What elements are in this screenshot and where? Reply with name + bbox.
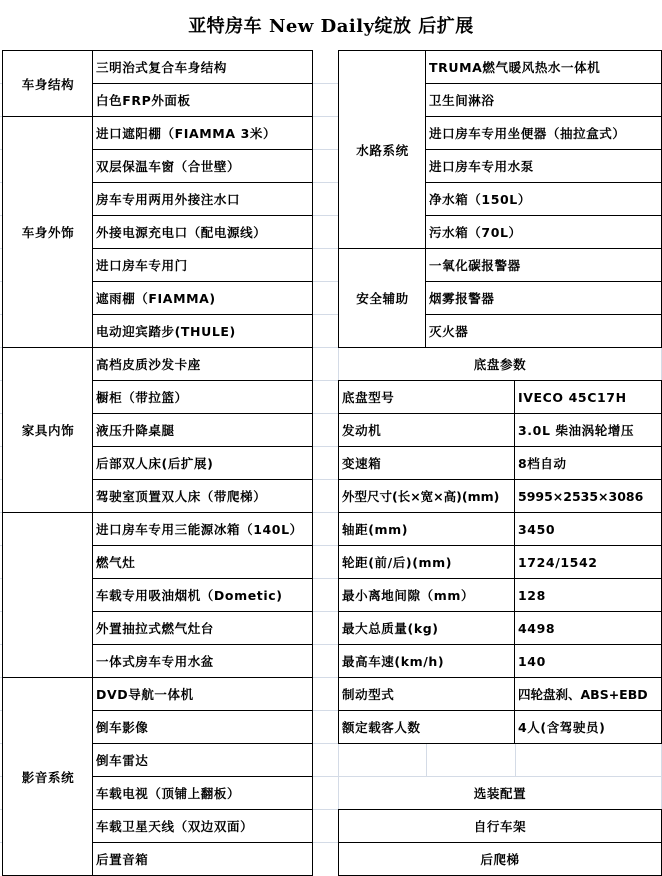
chassis-label-cell: 轴距(mm) [338, 512, 516, 546]
chassis-label-cell: 发动机 [338, 413, 516, 447]
category-cell: 车身结构 [2, 50, 94, 117]
spec-item-cell: 燃气灶 [92, 545, 313, 579]
spec-item-cell: 电动迎宾踏步(THULE) [92, 314, 313, 348]
chassis-label-cell: 底盘型号 [338, 380, 516, 414]
chassis-value-cell: 4498 [514, 611, 662, 645]
chassis-label-cell: 外型尺寸(长×宽×高)(mm) [338, 479, 516, 513]
chassis-value-cell: 8档自动 [514, 446, 662, 480]
spec-item-cell: 进口遮阳棚（FIAMMA 3米） [92, 116, 313, 150]
chassis-value-cell: 1724/1542 [514, 545, 662, 579]
page-title: 亚特房车 New Daily绽放 后扩展 [0, 0, 662, 50]
spec-item-cell: 橱柜（带拉篮） [92, 380, 313, 414]
spec-item-cell: 外接电源充电口（配电源线） [92, 215, 313, 249]
category-cell: 家具内饰 [2, 347, 94, 513]
option-item-cell: 后爬梯 [338, 842, 662, 876]
spec-item-cell: 车载电视（顶铺上翻板） [92, 776, 313, 810]
spec-item-cell: 一氧化碳报警器 [425, 248, 662, 282]
chassis-value-cell: 4人(含驾驶员) [514, 710, 662, 744]
spec-item-cell: 车载卫星天线（双边双面） [92, 809, 313, 843]
spec-item-cell: 污水箱（70L） [425, 215, 662, 249]
spec-item-cell: 外置抽拉式燃气灶台 [92, 611, 313, 645]
spec-item-cell: 净水箱（150L） [425, 182, 662, 216]
spec-item-cell: 进口房车专用门 [92, 248, 313, 282]
chassis-value-cell: 140 [514, 644, 662, 678]
chassis-label-cell: 制动型式 [338, 677, 516, 711]
spec-item-cell: 双层保温车窗（合世壁） [92, 149, 313, 183]
chassis-section-heading: 底盘参数 [339, 348, 661, 380]
chassis-label-cell: 变速箱 [338, 446, 516, 480]
chassis-value-cell: 128 [514, 578, 662, 612]
chassis-value-cell: 5995×2535×3086 [514, 479, 662, 513]
spec-item-cell: 烟雾报警器 [425, 281, 662, 315]
chassis-value-cell: IVECO 45C17H [514, 380, 662, 414]
category-cell: 安全辅助 [338, 248, 427, 348]
spec-item-cell: 进口房车专用水泵 [425, 149, 662, 183]
chassis-label-cell: 最小离地间隙（mm） [338, 578, 516, 612]
chassis-label-cell: 轮距(前/后)(mm) [338, 545, 516, 579]
chassis-label-cell: 最高车速(km/h) [338, 644, 516, 678]
spec-item-cell: 三明治式复合车身结构 [92, 50, 313, 84]
spec-item-cell: 进口房车专用三能源冰箱（140L） [92, 512, 313, 546]
spec-item-cell: 卫生间淋浴 [425, 83, 662, 117]
spec-item-cell: 进口房车专用坐便器（抽拉盒式） [425, 116, 662, 150]
chassis-value-cell: 3.0L 柴油涡轮增压 [514, 413, 662, 447]
spec-item-cell: 车载专用吸油烟机（Dometic) [92, 578, 313, 612]
spec-item-cell: 液压升降桌腿 [92, 413, 313, 447]
spec-item-cell: 遮雨棚（FIAMMA) [92, 281, 313, 315]
category-cell: 影音系统 [2, 677, 94, 876]
spec-item-cell: 后置音箱 [92, 842, 313, 876]
chassis-value-cell: 四轮盘刹、ABS+EBD [514, 677, 662, 711]
option-item-cell: 自行车架 [338, 809, 662, 843]
spec-item-cell: TRUMA燃气暖风热水一体机 [425, 50, 662, 84]
spec-item-cell: 房车专用两用外接注水口 [92, 182, 313, 216]
spec-item-cell: 后部双人床(后扩展) [92, 446, 313, 480]
spec-item-cell: 驾驶室顶置双人床（带爬梯） [92, 479, 313, 513]
category-cell: 车身外饰 [2, 116, 94, 348]
spec-item-cell: 一体式房车专用水盆 [92, 644, 313, 678]
category-cell: 水路系统 [338, 50, 427, 249]
spec-item-cell: 倒车影像 [92, 710, 313, 744]
options-section-heading: 选装配置 [339, 777, 661, 809]
spec-item-cell: DVD导航一体机 [92, 677, 313, 711]
chassis-value-cell: 3450 [514, 512, 662, 546]
blank-row [339, 744, 661, 776]
spec-item-cell: 高档皮质沙发卡座 [92, 347, 313, 381]
spec-item-cell: 白色FRP外面板 [92, 83, 313, 117]
chassis-label-cell: 额定载客人数 [338, 710, 516, 744]
chassis-label-cell: 最大总质量(kg) [338, 611, 516, 645]
spec-item-cell: 灭火器 [425, 314, 662, 348]
spec-item-cell: 倒车雷达 [92, 743, 313, 777]
category-cell [2, 512, 94, 678]
